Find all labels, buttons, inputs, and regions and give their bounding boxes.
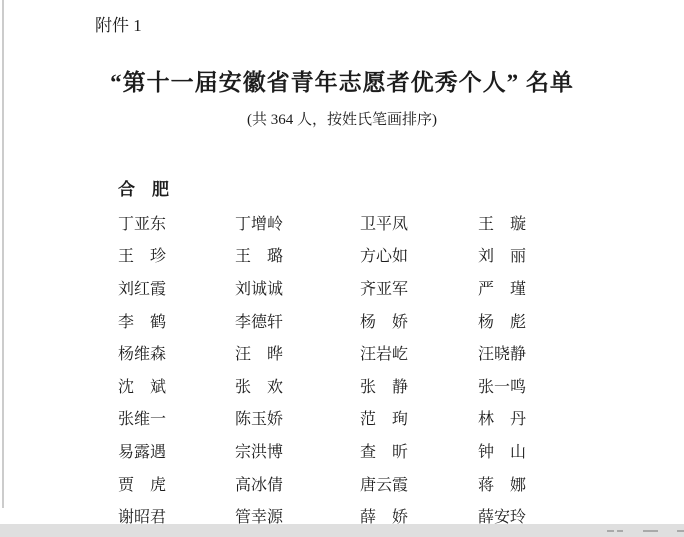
name-cell: 杨 娇 — [360, 309, 478, 332]
attachment-label: 附件 1 — [95, 14, 142, 38]
name-cell: 查 昕 — [360, 439, 478, 462]
name-cell: 张一鸣 — [478, 374, 578, 397]
name-cell: 李 鹤 — [118, 309, 235, 332]
name-cell: 丁增岭 — [235, 211, 360, 234]
scrollbar-mark — [643, 530, 658, 532]
name-cell: 高冰倩 — [235, 472, 360, 495]
document-page: 附件 1 “第十一届安徽省青年志愿者优秀个人” 名单 (共 364 人，按姓氏笔… — [0, 0, 684, 537]
name-cell: 蒋 娜 — [478, 472, 578, 495]
name-cell: 沈 斌 — [118, 374, 235, 397]
name-cell: 钟 山 — [478, 439, 578, 462]
name-cell: 张 欢 — [235, 374, 360, 397]
name-cell: 范 珣 — [360, 406, 478, 429]
name-cell: 齐亚军 — [360, 276, 478, 299]
name-cell: 杨 彪 — [478, 309, 578, 332]
name-cell: 丁亚东 — [118, 211, 235, 234]
name-cell: 卫平凤 — [360, 211, 478, 234]
name-cell: 王 璇 — [478, 211, 578, 234]
name-cell: 汪 晔 — [235, 341, 360, 364]
name-cell: 汪岩屹 — [360, 341, 478, 364]
name-cell: 张维一 — [118, 406, 235, 429]
bottom-scrollbar-strip[interactable] — [0, 524, 684, 537]
name-cell: 汪晓静 — [478, 341, 578, 364]
name-cell: 陈玉娇 — [235, 406, 360, 429]
name-cell: 严 瑾 — [478, 276, 578, 299]
name-cell: 刘红霞 — [118, 276, 235, 299]
name-cell: 李德轩 — [235, 309, 360, 332]
name-cell: 刘 丽 — [478, 243, 578, 266]
name-cell: 张 静 — [360, 374, 478, 397]
scrollbar-mark — [607, 530, 614, 532]
document-subtitle: (共 364 人，按姓氏笔画排序) — [0, 108, 684, 132]
name-cell: 方心如 — [360, 243, 478, 266]
name-cell: 刘诚诚 — [235, 276, 360, 299]
name-cell: 王 璐 — [235, 243, 360, 266]
scrollbar-mark — [617, 530, 623, 532]
scrollbar-mark — [677, 530, 684, 532]
name-cell: 易露遇 — [118, 439, 235, 462]
name-cell: 唐云霞 — [360, 472, 478, 495]
name-cell: 林 丹 — [478, 406, 578, 429]
names-grid: 丁亚东丁增岭卫平凤王 璇王 珍王 璐方心如刘 丽刘红霞刘诚诚齐亚军严 瑾李 鹤李… — [118, 206, 578, 532]
section-header-hefei: 合 肥 — [118, 178, 169, 202]
document-title: “第十一届安徽省青年志愿者优秀个人” 名单 — [0, 66, 684, 100]
name-cell: 贾 虎 — [118, 472, 235, 495]
name-cell: 王 珍 — [118, 243, 235, 266]
name-cell: 杨维森 — [118, 341, 235, 364]
name-cell: 宗洪博 — [235, 439, 360, 462]
